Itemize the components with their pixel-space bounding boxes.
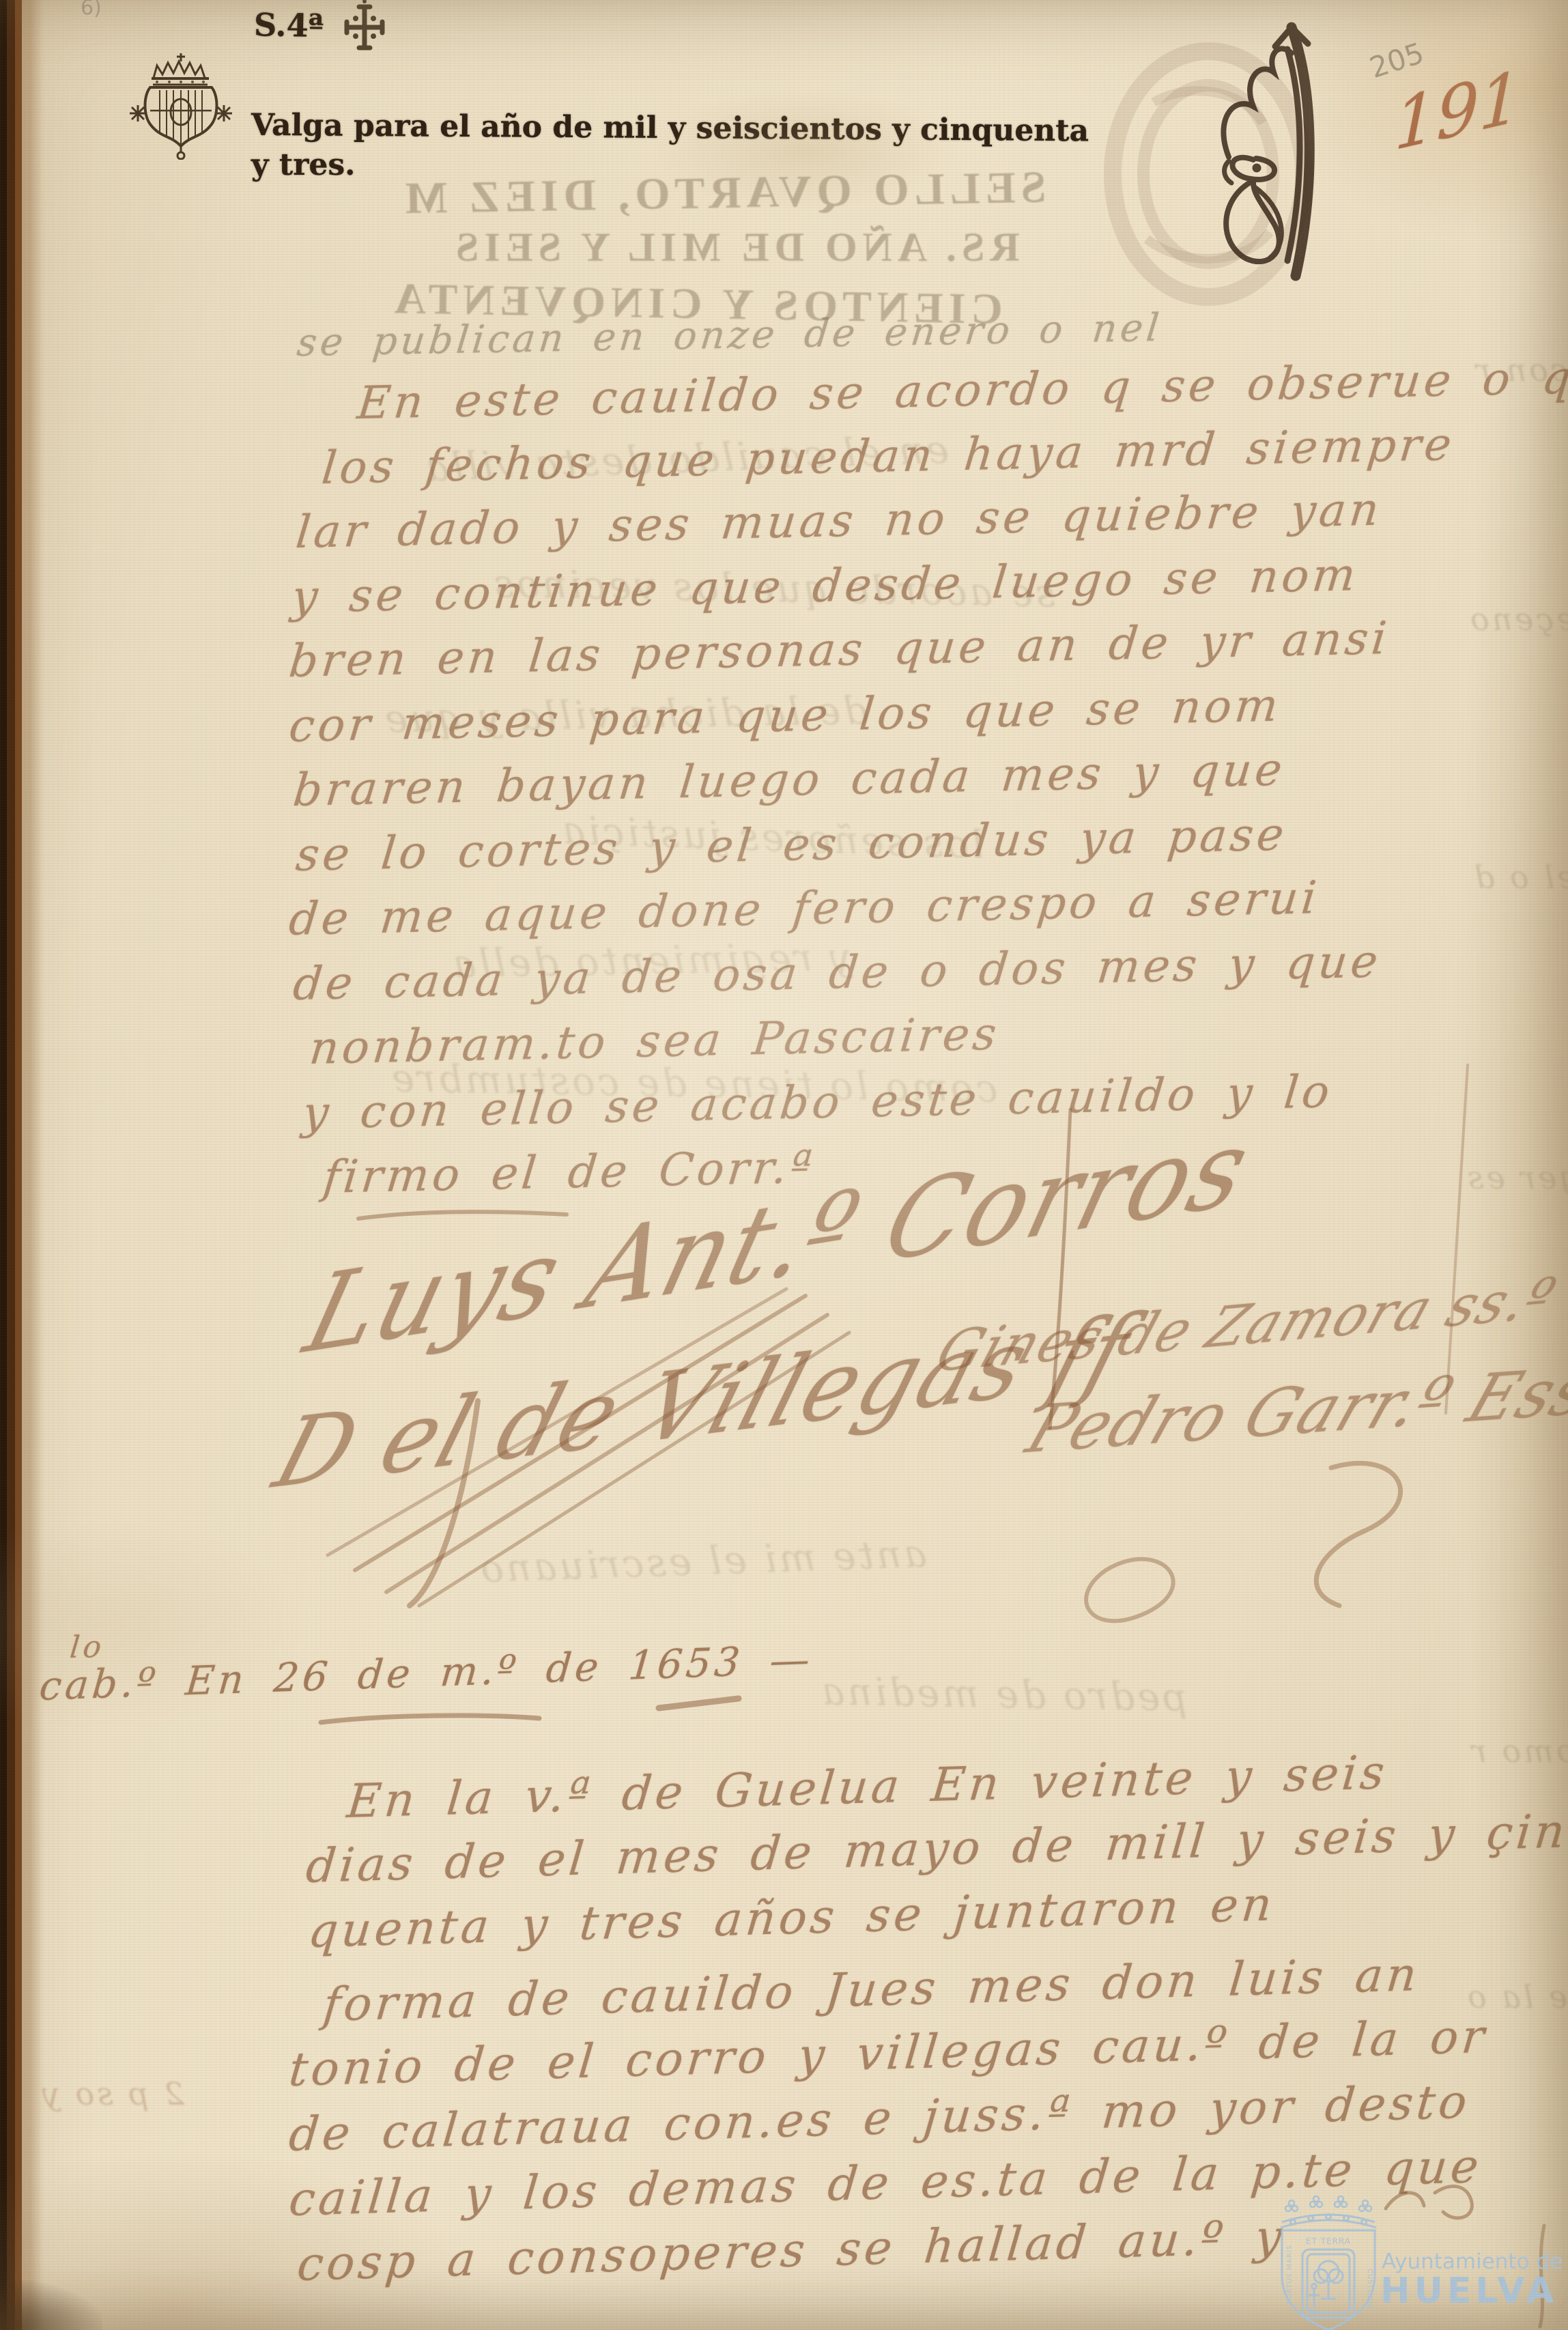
- handwritten-line: lar dado y ses muas no se quiebre yan: [294, 483, 1384, 558]
- watermark-city-name: HUELVA: [1380, 2271, 1558, 2312]
- ghost-margin-word: 2 p so y: [40, 2075, 184, 2112]
- ghost-margin-word: como r: [1469, 1733, 1568, 1770]
- handwritten-line: se lo cortes y el es condus ya pase: [294, 808, 1289, 881]
- watermark-motto-left: PORTUS MARIS: [1286, 2245, 1294, 2304]
- royal-arms-stamp-icon: [122, 51, 241, 160]
- bleedthrough-sello-line2: RS. AÑO DE MIL Y SEIS: [451, 224, 1020, 271]
- pencil-corner-mark: 6): [81, 0, 102, 20]
- huelva-watermark: ET TERRA PORTUS MARIS CUSTODIA Ayuntamie…: [1271, 2195, 1565, 2330]
- watermark-motto-right: CUSTODIA: [1366, 2269, 1373, 2310]
- ghost-margin-word: teçeno: [1468, 601, 1568, 638]
- stamp-validity-line2: y tres.: [251, 147, 355, 182]
- ghost-handwriting-line: pedro de medina: [818, 1669, 1187, 1720]
- manuscript-scan-page: en el cauildo desta villa se acordo que …: [0, 0, 1568, 2330]
- ghost-margin-word: ger es: [1465, 1159, 1568, 1196]
- watermark-motto-top: ET TERRA: [1306, 2236, 1351, 2246]
- handwritten-line: los fechos que puedan haya mrd siempre: [319, 418, 1457, 494]
- book-binding-edge: [0, 0, 44, 2330]
- series-label: S.4ª: [254, 6, 324, 44]
- pencil-foliation-number: 205: [1365, 36, 1427, 85]
- bleedthrough-sello-line1: SELLO QVARTO, DIEZ M: [399, 162, 1046, 225]
- handwritten-line: de me aque done fero crespo a serui: [287, 871, 1322, 946]
- ghost-handwriting-line: ante mi el escriuano: [477, 1532, 928, 1592]
- margin-note-word: lo: [68, 1630, 106, 1665]
- binding-corner-shadow: [0, 2280, 102, 2330]
- ghost-margin-word: el o d: [1472, 859, 1568, 896]
- handwritten-line: y se continue que desde luego se nom: [289, 548, 1361, 623]
- handwritten-line: En este cauildo se acordo q se obserue o…: [355, 350, 1568, 429]
- margin-note-date: cab.º En 26 de m.º de 1653 —: [38, 1636, 815, 1709]
- stamp-validity-line1: Valga para el año de mil y seiscientos y…: [251, 108, 1089, 149]
- handwritten-line: bren en las personas que an de yr ansi: [287, 612, 1392, 687]
- handwritten-line: quenta y tres años se juntaron en: [306, 1877, 1277, 1959]
- rubric-flourish-icon: [1188, 15, 1324, 288]
- printed-cross-icon: [336, 0, 393, 57]
- handwritten-line: braren bayan luego cada mes y que: [291, 743, 1288, 816]
- handwritten-line: cor meses para que los que se nom: [287, 679, 1284, 752]
